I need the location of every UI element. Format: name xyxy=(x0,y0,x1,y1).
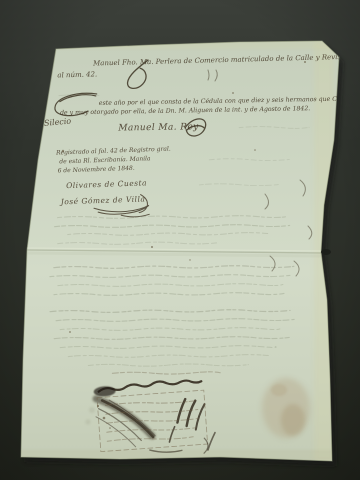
edge-tear-notch xyxy=(321,249,331,255)
header-line-2: al núm. 42. xyxy=(57,70,97,79)
manuscript-scene: Manuel Fho. Ma. Perlera de Comercio matr… xyxy=(0,0,360,480)
photograph-of-manuscript: Manuel Fho. Ma. Perlera de Comercio matr… xyxy=(0,0,360,480)
stain-bottom-right xyxy=(262,378,310,438)
